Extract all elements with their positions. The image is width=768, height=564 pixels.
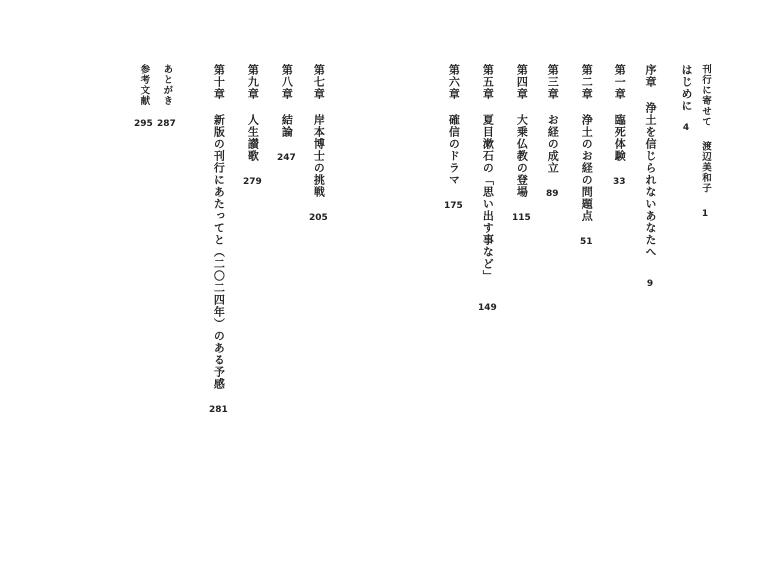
chapter-number: 第九章 bbox=[246, 64, 258, 100]
toc-entry-ch7: 第七章岸本博士の挑戦205 bbox=[309, 64, 328, 224]
entry-title: 浄土のお経の問題点 bbox=[580, 114, 592, 222]
page-number: 115 bbox=[512, 212, 531, 224]
page-number: 205 bbox=[309, 212, 328, 224]
toc-entry-intro: はじめに4 bbox=[680, 64, 692, 134]
chapter-number: 第四章 bbox=[515, 64, 527, 100]
toc-entry-prologue: 序章浄土を信じられないあなたへ9 bbox=[644, 64, 656, 290]
entry-title: 大乗仏教の登場 bbox=[515, 114, 527, 198]
entry-title: 参考文献 bbox=[137, 64, 149, 106]
toc-entry-ch8: 第八章結論247 bbox=[277, 64, 296, 164]
toc-entry-ch6: 第六章確信のドラマ175 bbox=[444, 64, 463, 212]
page-number: 287 bbox=[157, 118, 176, 130]
page-number: 33 bbox=[613, 176, 626, 188]
chapter-number: 第七章 bbox=[312, 64, 324, 100]
entry-title: 刊行に寄せて bbox=[699, 64, 711, 127]
chapter-number: 第一章 bbox=[613, 64, 625, 100]
toc-entry-foreword: 刊行に寄せて渡辺美和子1 bbox=[699, 64, 711, 220]
toc-entry-afterword: あとがき287 bbox=[157, 64, 176, 130]
entry-title: 人生讃歌 bbox=[246, 114, 258, 162]
entry-title: 結論 bbox=[280, 114, 292, 138]
entry-title: あとがき bbox=[160, 64, 172, 106]
entry-title: 新版の刊行にあたってと（二〇二四年）のある予感 bbox=[212, 114, 224, 390]
page-number: 279 bbox=[243, 176, 262, 188]
page-number: 1 bbox=[702, 208, 708, 220]
page-number: 51 bbox=[580, 236, 593, 248]
chapter-number: 第三章 bbox=[546, 64, 558, 100]
entry-author: 渡辺美和子 bbox=[699, 141, 711, 194]
page-number: 295 bbox=[134, 118, 153, 130]
toc-entry-ch3: 第三章お経の成立89 bbox=[546, 64, 559, 200]
toc-entry-ch4: 第四章大乗仏教の登場115 bbox=[512, 64, 531, 224]
chapter-number: 第十章 bbox=[212, 64, 224, 100]
toc-entry-ch10: 第十章新版の刊行にあたってと（二〇二四年）のある予感281 bbox=[209, 64, 228, 416]
toc-entry-ch9: 第九章人生讃歌279 bbox=[243, 64, 262, 188]
page-number: 4 bbox=[683, 122, 689, 134]
toc-entry-ch2: 第二章浄土のお経の問題点51 bbox=[580, 64, 593, 248]
page-number: 89 bbox=[546, 188, 559, 200]
chapter-number: 第八章 bbox=[280, 64, 292, 100]
page-number: 149 bbox=[478, 302, 497, 314]
entry-title: 浄土を信じられないあなたへ bbox=[644, 102, 656, 258]
chapter-number: 序章 bbox=[644, 64, 656, 88]
toc-entry-ch1: 第一章臨死体験33 bbox=[613, 64, 626, 188]
toc-entry-references: 参考文献295 bbox=[134, 64, 153, 130]
page-number: 175 bbox=[444, 200, 463, 212]
toc-entry-ch5: 第五章夏目漱石の「思い出す事など」149 bbox=[478, 64, 497, 314]
page-number: 9 bbox=[647, 278, 653, 290]
chapter-number: 第五章 bbox=[481, 64, 493, 100]
entry-title: お経の成立 bbox=[546, 114, 558, 174]
entry-title: 岸本博士の挑戦 bbox=[312, 114, 324, 198]
chapter-number: 第六章 bbox=[447, 64, 459, 100]
entry-title: はじめに bbox=[680, 64, 692, 112]
page-number: 281 bbox=[209, 404, 228, 416]
entry-title: 臨死体験 bbox=[613, 114, 625, 162]
entry-title: 確信のドラマ bbox=[447, 114, 459, 186]
chapter-number: 第二章 bbox=[580, 64, 592, 100]
page-number: 247 bbox=[277, 152, 296, 164]
entry-title: 夏目漱石の「思い出す事など」 bbox=[481, 114, 493, 282]
